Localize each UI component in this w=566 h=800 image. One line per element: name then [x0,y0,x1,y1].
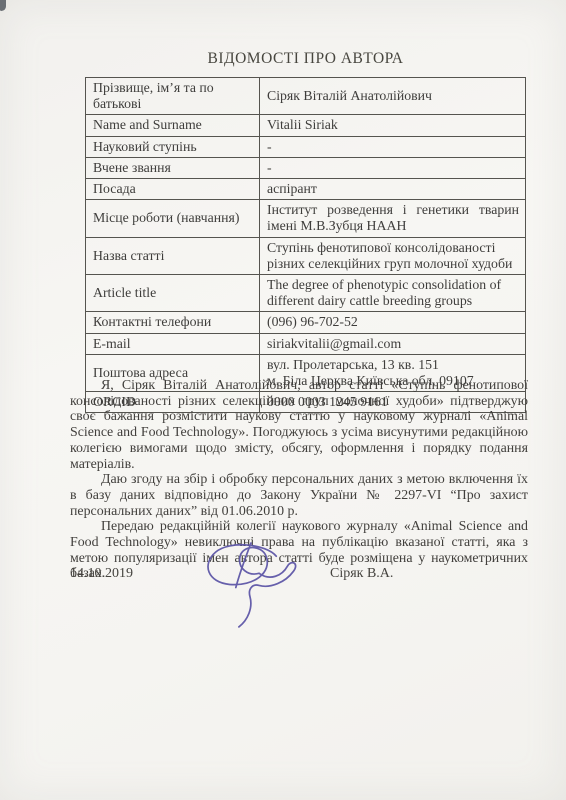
table-row: E-mailsiriakvitalii@gmail.com [86,333,526,354]
table-row: Назва статтіСтупінь фенотипової консолід… [86,237,526,274]
scanned-page: ВІДОМОСТІ ПРО АВТОРА Прізвище, ім’я та п… [0,0,566,800]
page-title: ВІДОМОСТІ ПРО АВТОРА [85,50,526,68]
row-label: Article title [86,275,260,312]
table-row: Контактні телефони(096) 96-702-52 [86,312,526,333]
table-row: Посадааспірант [86,179,526,200]
author-table-body: Прізвище, ім’я та по батьковіСіряк Вітал… [86,78,526,413]
row-label: Прізвище, ім’я та по батькові [86,78,260,115]
table-row: Науковий ступінь- [86,136,526,157]
scan-artifact-mark [0,0,6,11]
row-label: Контактні телефони [86,312,260,333]
row-value: аспірант [260,179,526,200]
table-row: Прізвище, ім’я та по батьковіСіряк Вітал… [86,78,526,115]
row-value: Інститут розведення і генетики тварин ім… [260,200,526,237]
signature-icon [194,540,310,636]
row-label: Вчене звання [86,157,260,178]
row-value: The degree of phenotypic consolidation o… [260,275,526,312]
row-value: Ступінь фенотипової консолідованості різ… [260,237,526,274]
date-text: 14.10.2019 [70,566,133,582]
author-info-table: Прізвище, ім’я та по батьковіСіряк Вітал… [85,77,526,413]
author-signature-name: Сіряк В.А. [330,566,393,582]
row-value: siriakvitalii@gmail.com [260,333,526,354]
table-row: Article titleThe degree of phenotypic co… [86,275,526,312]
table-row: Вчене звання- [86,157,526,178]
row-value: Сіряк Віталій Анатолійович [260,78,526,115]
declaration-paragraph-1: Я, Сіряк Віталій Анатолійович, автор ста… [70,378,528,472]
row-label: Name and Surname [86,115,260,136]
row-label: Посада [86,179,260,200]
row-label: Місце роботи (навчання) [86,200,260,237]
declaration-paragraph-2: Даю згоду на збір і обробку персональних… [70,472,528,519]
row-value: - [260,157,526,178]
row-value: - [260,136,526,157]
row-label: E-mail [86,333,260,354]
table-row: Name and SurnameVitalii Siriak [86,115,526,136]
row-value: (096) 96-702-52 [260,312,526,333]
row-label: Назва статті [86,237,260,274]
table-row: Місце роботи (навчання)Інститут розведен… [86,200,526,237]
row-label: Науковий ступінь [86,136,260,157]
row-value: Vitalii Siriak [260,115,526,136]
